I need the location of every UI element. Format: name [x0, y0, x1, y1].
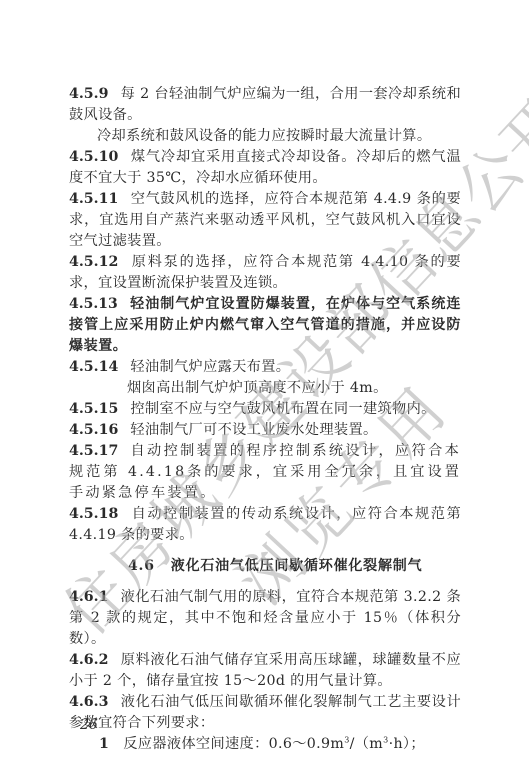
clause-note: 烟囱高出制气炉炉顶高度不应小于 4m。: [69, 378, 461, 399]
clause-number: 4.5.18: [69, 506, 118, 522]
clause-4-5-13: 4.5.13轻油制气炉宜设置防爆装置，在炉体与空气系统连接管上应采用防止炉内燃气…: [69, 294, 461, 357]
clause-note: 冷却系统和鼓风设备的能力应按瞬时最大流量计算。: [69, 126, 461, 147]
clause-4-5-16: 4.5.16轻油制气厂可不设工业废水处理装置。: [69, 420, 461, 441]
clause-4-5-18: 4.5.18自动控制装置的传动系统设计，应符合本规范第 4.4.19 条的要求。: [69, 504, 461, 546]
clause-4-5-15: 4.5.15控制室不应与空气鼓风机布置在同一建筑物内。: [69, 399, 461, 420]
clause-number: 4.5.10: [69, 149, 118, 165]
section-heading: 4.6液化石油气低压间歇循环催化裂解制气: [69, 556, 461, 577]
clause-number: 4.5.17: [69, 443, 118, 459]
section-number: 4.6: [128, 558, 155, 574]
clause-text: 轻油制气厂可不设工业废水处理装置。: [130, 422, 377, 438]
list-item: 1反应器液体空间速度：0.6～0.9m3/（m3·h）；: [69, 734, 461, 755]
clause-4-5-10: 4.5.10煤气冷却宜采用直接式冷却设备。冷却后的燃气温度不宜大于 35℃，冷却…: [69, 147, 461, 189]
item-text: ·h）；: [389, 736, 425, 752]
document-page: 4.5.9每 2 台轻油制气炉应编为一组，合用一套冷却系统和鼓风设备。 冷却系统…: [0, 0, 529, 766]
clause-4-6-3: 4.6.3液化石油气低压间歇循环催化裂解制气工艺主要设计参数宜符合下列要求：: [69, 692, 461, 734]
clause-4-5-17: 4.5.17自动控制装置的程序控制系统设计，应符合本规范第 4.4.18条的要求…: [69, 441, 461, 504]
clause-number: 4.5.9: [69, 86, 109, 102]
clause-number: 4.5.13: [69, 296, 118, 312]
clause-number: 4.5.14: [69, 359, 118, 375]
note-text: 冷却系统和鼓风设备的能力应按瞬时最大流量计算。: [97, 128, 431, 144]
clause-4-5-9: 4.5.9每 2 台轻油制气炉应编为一组，合用一套冷却系统和鼓风设备。: [69, 84, 461, 126]
clause-text: 自动控制装置的传动系统设计，应符合本规范第 4.4.19 条的要求。: [69, 506, 461, 543]
clause-text: 原料液化石油气储存宜采用高压球罐，球罐数量不应小于 2 个，储存量宜按 15～2…: [69, 652, 461, 689]
clause-text-bold: 轻油制气炉宜设置防爆装置，在炉体与空气系统连接管上应采用防止炉内燃气窜入空气管道…: [69, 296, 461, 354]
clause-number: 4.5.11: [69, 191, 118, 207]
clause-text: 煤气冷却宜采用直接式冷却设备。冷却后的燃气温度不宜大于 35℃，冷却水应循环使用…: [69, 149, 461, 186]
clause-text: 空气鼓风机的选择，应符合本规范第 4.4.9 条的要求，宜选用自产蒸汽来驱动透平…: [69, 191, 461, 249]
clause-4-5-11: 4.5.11空气鼓风机的选择，应符合本规范第 4.4.9 条的要求，宜选用自产蒸…: [69, 189, 461, 252]
clause-number: 4.6.2: [69, 652, 109, 668]
clause-4-6-1: 4.6.1液化石油气制气用的原料，宜符合本规范第 3.2.2 条第 2 款的规定…: [69, 587, 461, 650]
clause-text: 液化石油气制气用的原料，宜符合本规范第 3.2.2 条第 2 款的规定，其中不饱…: [69, 589, 461, 647]
clause-number: 4.5.12: [69, 254, 118, 270]
clause-text: 自动控制装置的程序控制系统设计，应符合本规范第 4.4.18条的要求，宜采用全冗…: [69, 443, 461, 501]
clause-number: 4.6.3: [69, 694, 109, 710]
clause-text: 每 2 台轻油制气炉应编为一组，合用一套冷却系统和鼓风设备。: [69, 86, 461, 123]
clause-text: 原料泵的选择，应符合本规范第 4.4.10 条的要求，宜设置断流保护装置及连锁。: [69, 254, 461, 291]
section-title: 液化石油气低压间歇循环催化裂解制气: [171, 558, 423, 574]
item-text: 反应器液体空间速度：0.6～0.9m: [123, 736, 344, 752]
page-content: 4.5.9每 2 台轻油制气炉应编为一组，合用一套冷却系统和鼓风设备。 冷却系统…: [69, 84, 461, 755]
clause-4-5-14: 4.5.14轻油制气炉应露天布置。: [69, 357, 461, 378]
clause-text: 控制室不应与空气鼓风机布置在同一建筑物内。: [130, 401, 435, 417]
clause-number: 4.6.1: [69, 589, 109, 605]
clause-text: 轻油制气炉应露天布置。: [130, 359, 290, 375]
clause-number: 4.5.16: [69, 422, 118, 438]
clause-4-6-2: 4.6.2原料液化石油气储存宜采用高压球罐，球罐数量不应小于 2 个，储存量宜按…: [69, 650, 461, 692]
item-number: 1: [99, 736, 109, 752]
note-text: 烟囱高出制气炉炉顶高度不应小于 4m。: [127, 380, 388, 396]
clause-4-5-12: 4.5.12原料泵的选择，应符合本规范第 4.4.10 条的要求，宜设置断流保护…: [69, 252, 461, 294]
clause-text: 液化石油气低压间歇循环催化裂解制气工艺主要设计参数宜符合下列要求：: [69, 694, 461, 731]
item-text: /（m: [350, 736, 383, 752]
clause-number: 4.5.15: [69, 401, 118, 417]
